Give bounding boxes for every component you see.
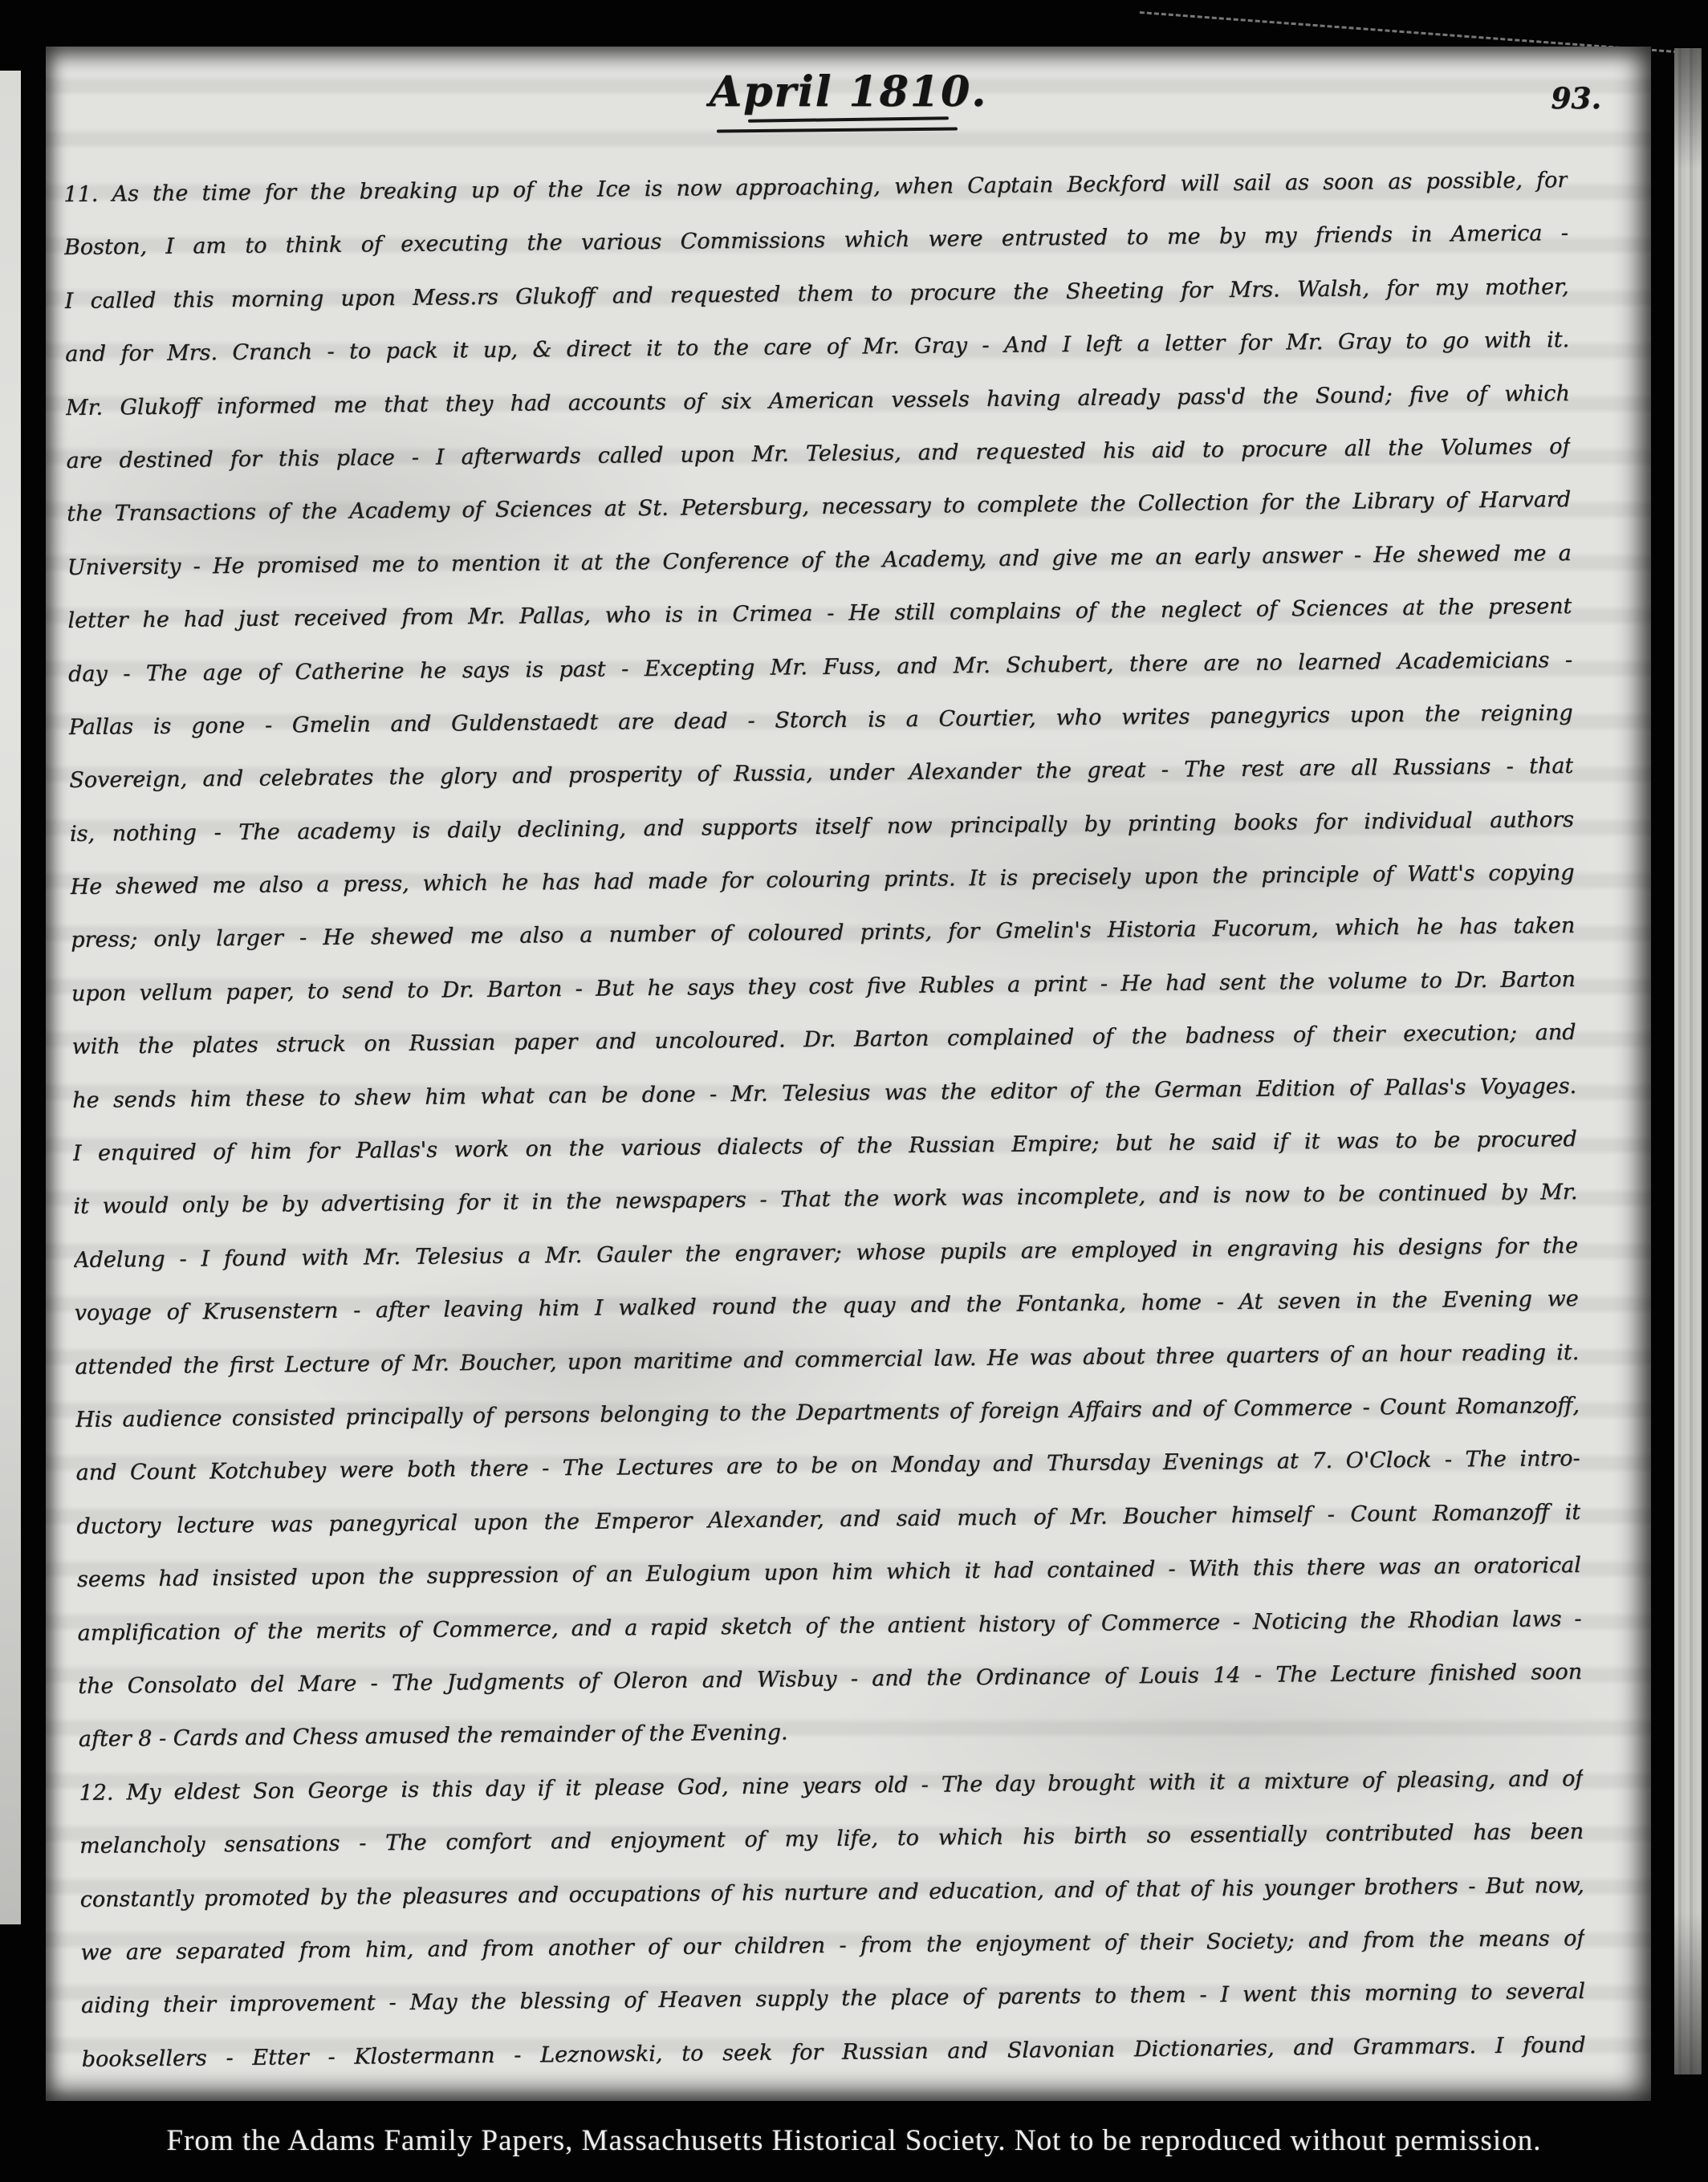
page-title: April 1810. [710,67,988,116]
left-page-edge [0,71,21,1924]
page-header: April 1810. [46,67,1651,132]
credit-footer: From the Adams Family Papers, Massachuse… [0,2099,1708,2182]
title-underline-flourish [717,127,958,132]
credit-text: From the Adams Family Papers, Massachuse… [167,2123,1542,2158]
right-fore-edge [1674,48,1702,2074]
manuscript-page: 93. April 1810. 11. As the time for the … [46,47,1651,2101]
scanned-diary-page: 93. April 1810. 11. As the time for the … [0,0,1708,2182]
title-underline [748,116,949,122]
diary-text: 11. As the time for the breaking up of t… [63,154,1586,2087]
